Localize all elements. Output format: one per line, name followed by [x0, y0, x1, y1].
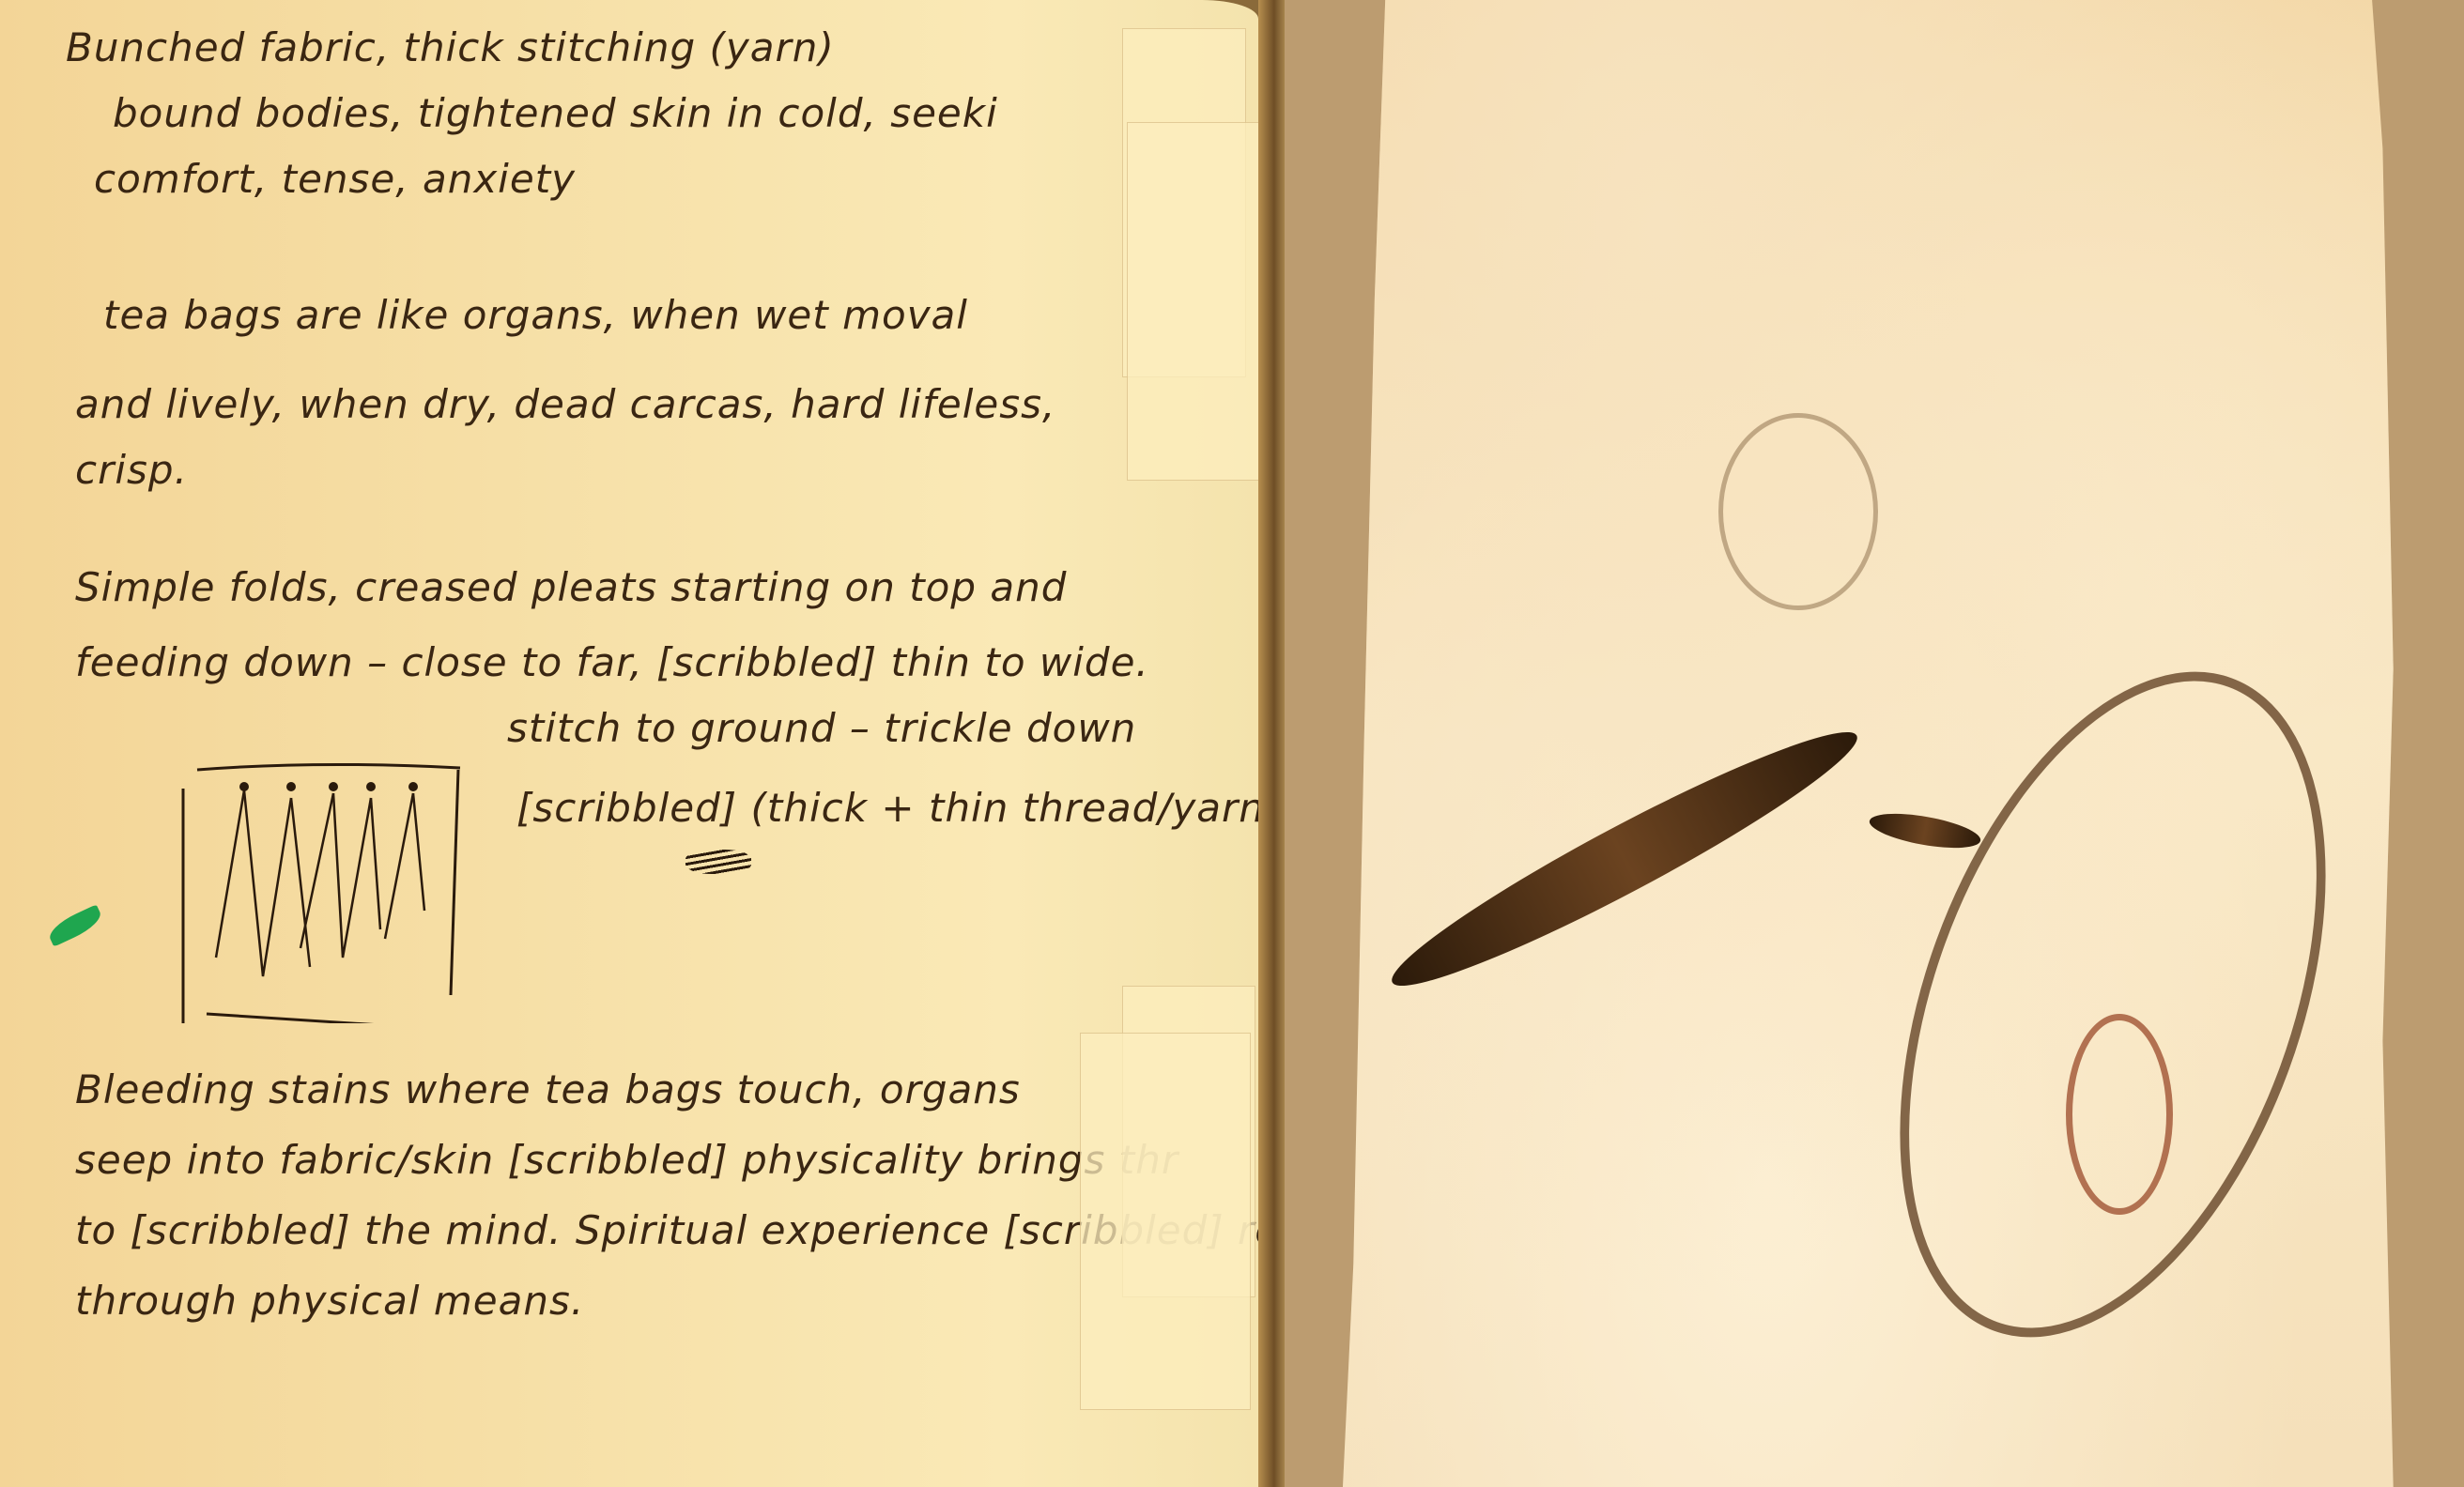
book-gutter	[1258, 0, 1285, 1487]
shadow-stroke	[1718, 413, 1878, 610]
note-line: tea bags are like organs, when wet moval	[103, 296, 968, 335]
body-contour-stroke	[1818, 614, 2409, 1395]
dark-contour-stroke	[1377, 707, 1871, 1012]
note-line: seep into fabric/skin [scribbled] physic…	[75, 1141, 1178, 1180]
red-oval-stroke	[2066, 1014, 2173, 1215]
left-page-notes: Bunched fabric, thick stitching (yarn) b…	[0, 0, 1258, 1487]
note-line: feeding down – close to far, [scribbled]…	[75, 643, 1149, 682]
green-paint-mark	[45, 904, 105, 946]
note-line: [scribbled] (thick + thin thread/yarn)	[516, 789, 1281, 828]
sketchbook-spread: Bunched fabric, thick stitching (yarn) b…	[0, 0, 2464, 1487]
note-line: bound bodies, tightened skin in cold, se…	[113, 94, 998, 133]
note-line: through physical means.	[75, 1281, 584, 1321]
masking-tape	[1080, 1033, 1251, 1410]
pleated-fabric-sketch	[178, 742, 507, 1023]
note-line: comfort, tense, anxiety	[94, 160, 576, 199]
note-line: stitch to ground – trickle down	[507, 709, 1136, 748]
masking-tape	[1127, 122, 1260, 481]
note-line: Bunched fabric, thick stitching (yarn)	[66, 28, 835, 68]
note-line: Bleeding stains where tea bags touch, or…	[75, 1070, 1021, 1110]
dark-contour-stroke	[1867, 807, 1982, 854]
note-line: and lively, when dry, dead carcas, hard …	[75, 385, 1055, 424]
figure-painting	[1343, 0, 2404, 1487]
note-line: crisp.	[75, 451, 188, 490]
note-line: Simple folds, creased pleats starting on…	[75, 568, 1067, 607]
ink-scribble	[685, 850, 751, 874]
